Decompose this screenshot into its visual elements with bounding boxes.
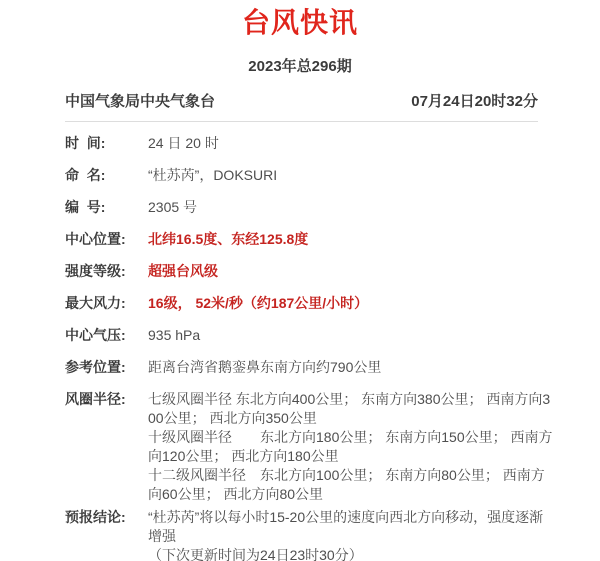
row-label: 风圈半径: [65,390,148,409]
row-label: 中心位置: [65,230,148,249]
row-label: 编 号: [65,198,148,217]
row-value: 935 hPa [148,326,554,345]
table-row: 最大风力:16级， 52米/秒（约187公里/小时） [65,294,600,313]
table-row: 参考位置:距离台湾省鹅銮鼻东南方向约790公里 [65,358,600,377]
issue-datetime: 07月24日20时32分 [411,94,538,110]
page-title: 台风快讯 [0,8,600,38]
table-row: 编 号:2305 号 [65,198,600,217]
row-value: 24 日 20 时 [148,134,554,153]
row-value: 超强台风级 [148,262,554,281]
row-label: 中心气压: [65,326,148,345]
row-value: “杜苏芮”，DOKSURI [148,166,554,185]
table-row: 风圈半径:七级风圈半径 东北方向400公里； 东南方向380公里； 西南方向30… [65,390,600,504]
table-row: 时 间:24 日 20 时 [65,134,600,153]
header-row: 中国气象局中央气象台 07月24日20时32分 [65,94,538,122]
table-row: 强度等级:超强台风级 [65,262,600,281]
bulletin-table: 时 间:24 日 20 时命 名:“杜苏芮”，DOKSURI编 号:2305 号… [0,122,600,561]
row-value: 北纬16.5度、东经125.8度 [148,230,554,249]
row-value: 2305 号 [148,198,554,217]
agency-name: 中国气象局中央气象台 [65,94,215,110]
table-row: 命 名:“杜苏芮”，DOKSURI [65,166,600,185]
row-label: 强度等级: [65,262,148,281]
table-row: 中心气压:935 hPa [65,326,600,345]
table-row: 预报结论:“杜苏芮”将以每小时15-20公里的速度向西北方向移动，强度逐渐增强 … [65,508,600,561]
row-label: 命 名: [65,166,148,185]
row-label: 最大风力: [65,294,148,313]
row-value: 七级风圈半径 东北方向400公里； 东南方向380公里； 西南方向300公里； … [148,390,554,504]
row-label: 预报结论: [65,508,148,527]
row-label: 时 间: [65,134,148,153]
table-row: 中心位置:北纬16.5度、东经125.8度 [65,230,600,249]
row-value: “杜苏芮”将以每小时15-20公里的速度向西北方向移动，强度逐渐增强 （下次更新… [148,508,554,561]
row-label: 参考位置: [65,358,148,377]
row-value: 距离台湾省鹅銮鼻东南方向约790公里 [148,358,554,377]
row-value: 16级， 52米/秒（约187公里/小时） [148,294,554,313]
typhoon-bulletin-page: 台风快讯 2023年总296期 中国气象局中央气象台 07月24日20时32分 … [0,0,600,561]
issue-number: 2023年总296期 [0,59,600,75]
